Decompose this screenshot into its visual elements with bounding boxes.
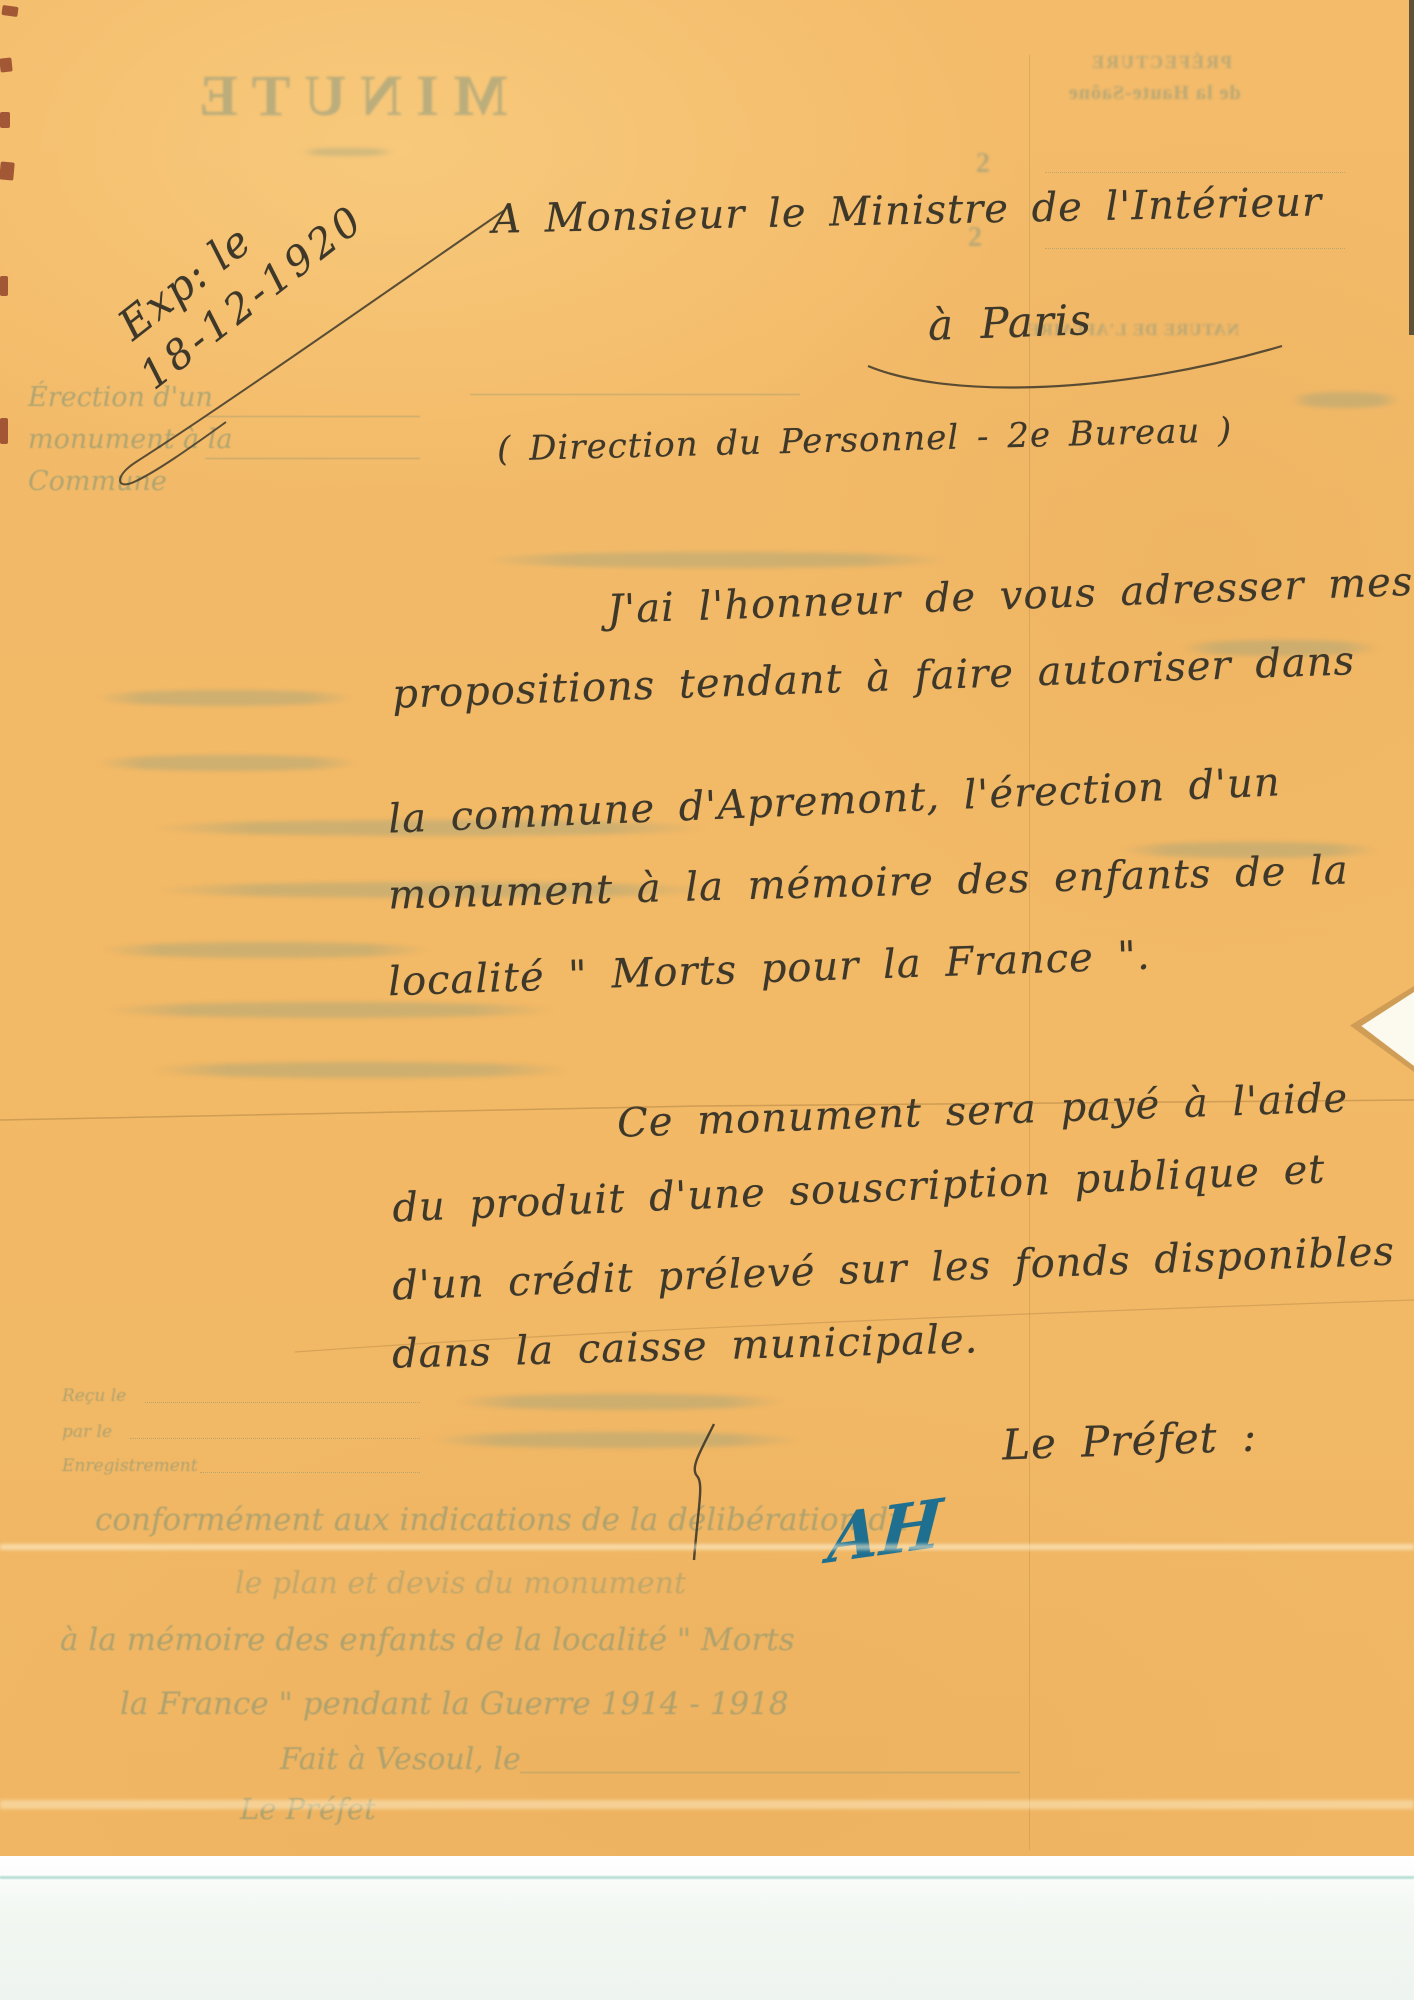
bleedthrough-underline bbox=[520, 1772, 1020, 1773]
bleedthrough-bottom-line: à la mémoire des enfants de la localité … bbox=[60, 1622, 795, 1658]
bleedthrough-form-label: Reçu le bbox=[62, 1386, 126, 1406]
edge-mark bbox=[0, 57, 13, 72]
body-line: J'ai l'honneur de vous adresser mes bbox=[606, 559, 1414, 633]
form-dotted-rule bbox=[145, 1402, 420, 1403]
scanner-edge-line bbox=[0, 1876, 1414, 1879]
bleedthrough-underline bbox=[205, 458, 420, 459]
body-line: localité " Morts pour la France ". bbox=[387, 933, 1151, 1006]
bleedthrough-underline bbox=[205, 416, 420, 417]
bleedthrough-left-line: Commune bbox=[28, 466, 167, 497]
bleedthrough-smudge bbox=[95, 755, 360, 771]
bleedthrough-left-line: Érection d'un bbox=[28, 382, 213, 413]
bleedthrough-form-label: par le bbox=[62, 1422, 112, 1442]
bleedthrough-margin-number-1: 2 bbox=[976, 148, 990, 180]
scanner-background bbox=[0, 1856, 1414, 2000]
bleedthrough-left-line: monument à la bbox=[28, 424, 232, 455]
prefect-initials-paraph: AH bbox=[826, 1483, 946, 1579]
bleedthrough-bottom-line: Fait à Vesoul, le bbox=[280, 1742, 521, 1777]
edge-mark bbox=[0, 161, 15, 180]
bleedthrough-bottom-line: la France " pendant la Guerre 1914 - 191… bbox=[120, 1686, 789, 1722]
bleedthrough-bottom-line: conformément aux indications de la délib… bbox=[95, 1502, 908, 1538]
body-line: monument à la mémoire des enfants de la bbox=[388, 847, 1350, 918]
bleedthrough-bottom-line: le plan et devis du monument bbox=[235, 1566, 686, 1601]
margin-dotted-rule bbox=[1045, 172, 1345, 173]
bleedthrough-minute-title: MINUTE bbox=[185, 62, 507, 129]
bleedthrough-smudge bbox=[1290, 392, 1400, 408]
form-dotted-rule bbox=[200, 1472, 420, 1473]
bureau-line: ( Direction du Personnel - 2e Bureau ) bbox=[497, 410, 1233, 469]
bleedthrough-smudge bbox=[430, 1432, 800, 1448]
crease-highlight bbox=[0, 1800, 1414, 1809]
edge-mark bbox=[0, 276, 8, 296]
edge-mark bbox=[0, 418, 8, 444]
scan-edge-shadow bbox=[1409, 0, 1414, 335]
edge-mark bbox=[1, 5, 18, 17]
body-line: dans la caisse municipale. bbox=[391, 1316, 978, 1377]
bleedthrough-smudge bbox=[455, 1394, 785, 1410]
crease-highlight bbox=[0, 1544, 1414, 1550]
bleedthrough-minute-rule bbox=[300, 148, 395, 156]
bleedthrough-bottom-line: Le Préfet bbox=[240, 1792, 376, 1826]
bleedthrough-form-label: Enregistrement bbox=[62, 1456, 198, 1476]
dispatch-annotation: Exp: le 18-12-1920 bbox=[109, 153, 373, 391]
scanned-letter-page: MINUTE PRÉFECTURE de la Haute-Saône 2 2 … bbox=[0, 0, 1414, 2000]
body-line: propositions tendant à faire autoriser d… bbox=[391, 638, 1355, 718]
paper-sheet: MINUTE PRÉFECTURE de la Haute-Saône 2 2 … bbox=[0, 0, 1414, 1856]
place-underline-swash bbox=[868, 346, 1282, 388]
form-dotted-rule bbox=[130, 1438, 420, 1439]
bleedthrough-smudge bbox=[95, 690, 355, 706]
edge-mark bbox=[0, 112, 10, 128]
bleedthrough-department-label: de la Haute-Saône bbox=[1068, 82, 1241, 105]
paper-tear bbox=[1358, 992, 1414, 1066]
bleedthrough-smudge bbox=[480, 552, 950, 568]
body-line: d'un crédit prélevé sur les fonds dispon… bbox=[392, 1229, 1396, 1310]
body-line: la commune d'Apremont, l'érection d'un bbox=[387, 759, 1281, 842]
closing-line: Le Préfet : bbox=[1001, 1412, 1258, 1470]
bleedthrough-smudge bbox=[105, 1002, 555, 1018]
body-line: Ce monument sera payé à l'aide bbox=[616, 1075, 1348, 1146]
place-line: à Paris bbox=[927, 295, 1092, 350]
margin-dotted-rule bbox=[1045, 248, 1345, 249]
bleedthrough-smudge bbox=[100, 942, 430, 958]
bleedthrough-underline bbox=[470, 394, 800, 395]
body-line: du produit d'une souscription publique e… bbox=[391, 1146, 1326, 1231]
recipient-line: A Monsieur le Ministre de l'Intérieur bbox=[492, 179, 1323, 242]
bleedthrough-prefecture-label: PRÉFECTURE bbox=[1090, 52, 1232, 73]
bleedthrough-smudge bbox=[150, 1062, 570, 1078]
